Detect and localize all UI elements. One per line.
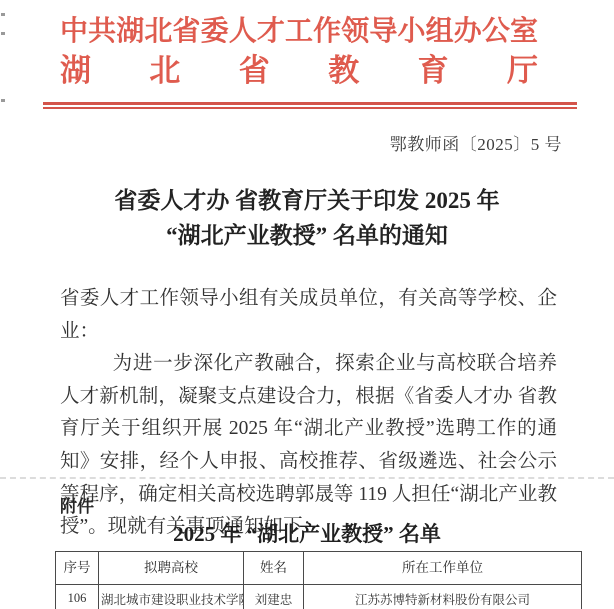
letterhead-org-line2: 湖北省教育厅 [60,51,538,91]
document-title-line1: 省委人才办 省教育厅关于印发 2025 年 [0,183,614,218]
column-header-employer: 所在工作单位 [304,552,582,585]
document-body: 省委人才工作领导小组有关成员单位，有关高等学校、企业： 为进一步深化产教融合，探… [60,283,557,544]
roster-table-header-row: 序号 拟聘高校 姓名 所在工作单位 [56,552,582,585]
column-header-name: 姓名 [244,552,304,585]
roster-table-title: 2025 年 “湖北产业教授” 名单 [0,518,614,548]
document-title: 省委人才办 省教育厅关于印发 2025 年 “湖北产业教授” 名单的通知 [0,183,614,253]
column-header-school: 拟聘高校 [99,552,244,585]
cell-school: 湖北城市建设职业技术学院 [99,585,244,609]
cell-name: 刘建忠 [244,585,304,609]
document-page: 中共湖北省委人才工作领导小组办公室 湖北省教育厅 鄂教师函〔2025〕5 号 省… [0,0,614,609]
body-salutation: 省委人才工作领导小组有关成员单位，有关高等学校、企业： [60,283,557,348]
scan-speck [1,99,5,102]
scan-speck [1,13,5,16]
column-header-no: 序号 [56,552,99,585]
letterhead-red-rule [43,102,577,109]
document-title-line2: “湖北产业教授” 名单的通知 [0,218,614,253]
scan-speck [1,32,5,35]
cell-no: 106 [56,585,99,609]
cell-employer: 江苏苏博特新材料股份有限公司 [304,585,582,609]
letterhead-org-line1: 中共湖北省委人才工作领导小组办公室 [60,13,538,50]
attachment-label: 附件 [60,492,94,517]
body-paragraph: 为进一步深化产教融合，探索企业与高校联合培养人才新机制，凝聚支点建设合力，根据《… [60,348,557,544]
document-number: 鄂教师函〔2025〕5 号 [390,130,562,155]
table-row: 106 湖北城市建设职业技术学院 刘建忠 江苏苏博特新材料股份有限公司 [56,585,582,609]
roster-table: 序号 拟聘高校 姓名 所在工作单位 106 湖北城市建设职业技术学院 刘建忠 江… [55,551,582,609]
page-break-dashed-line [0,477,614,479]
